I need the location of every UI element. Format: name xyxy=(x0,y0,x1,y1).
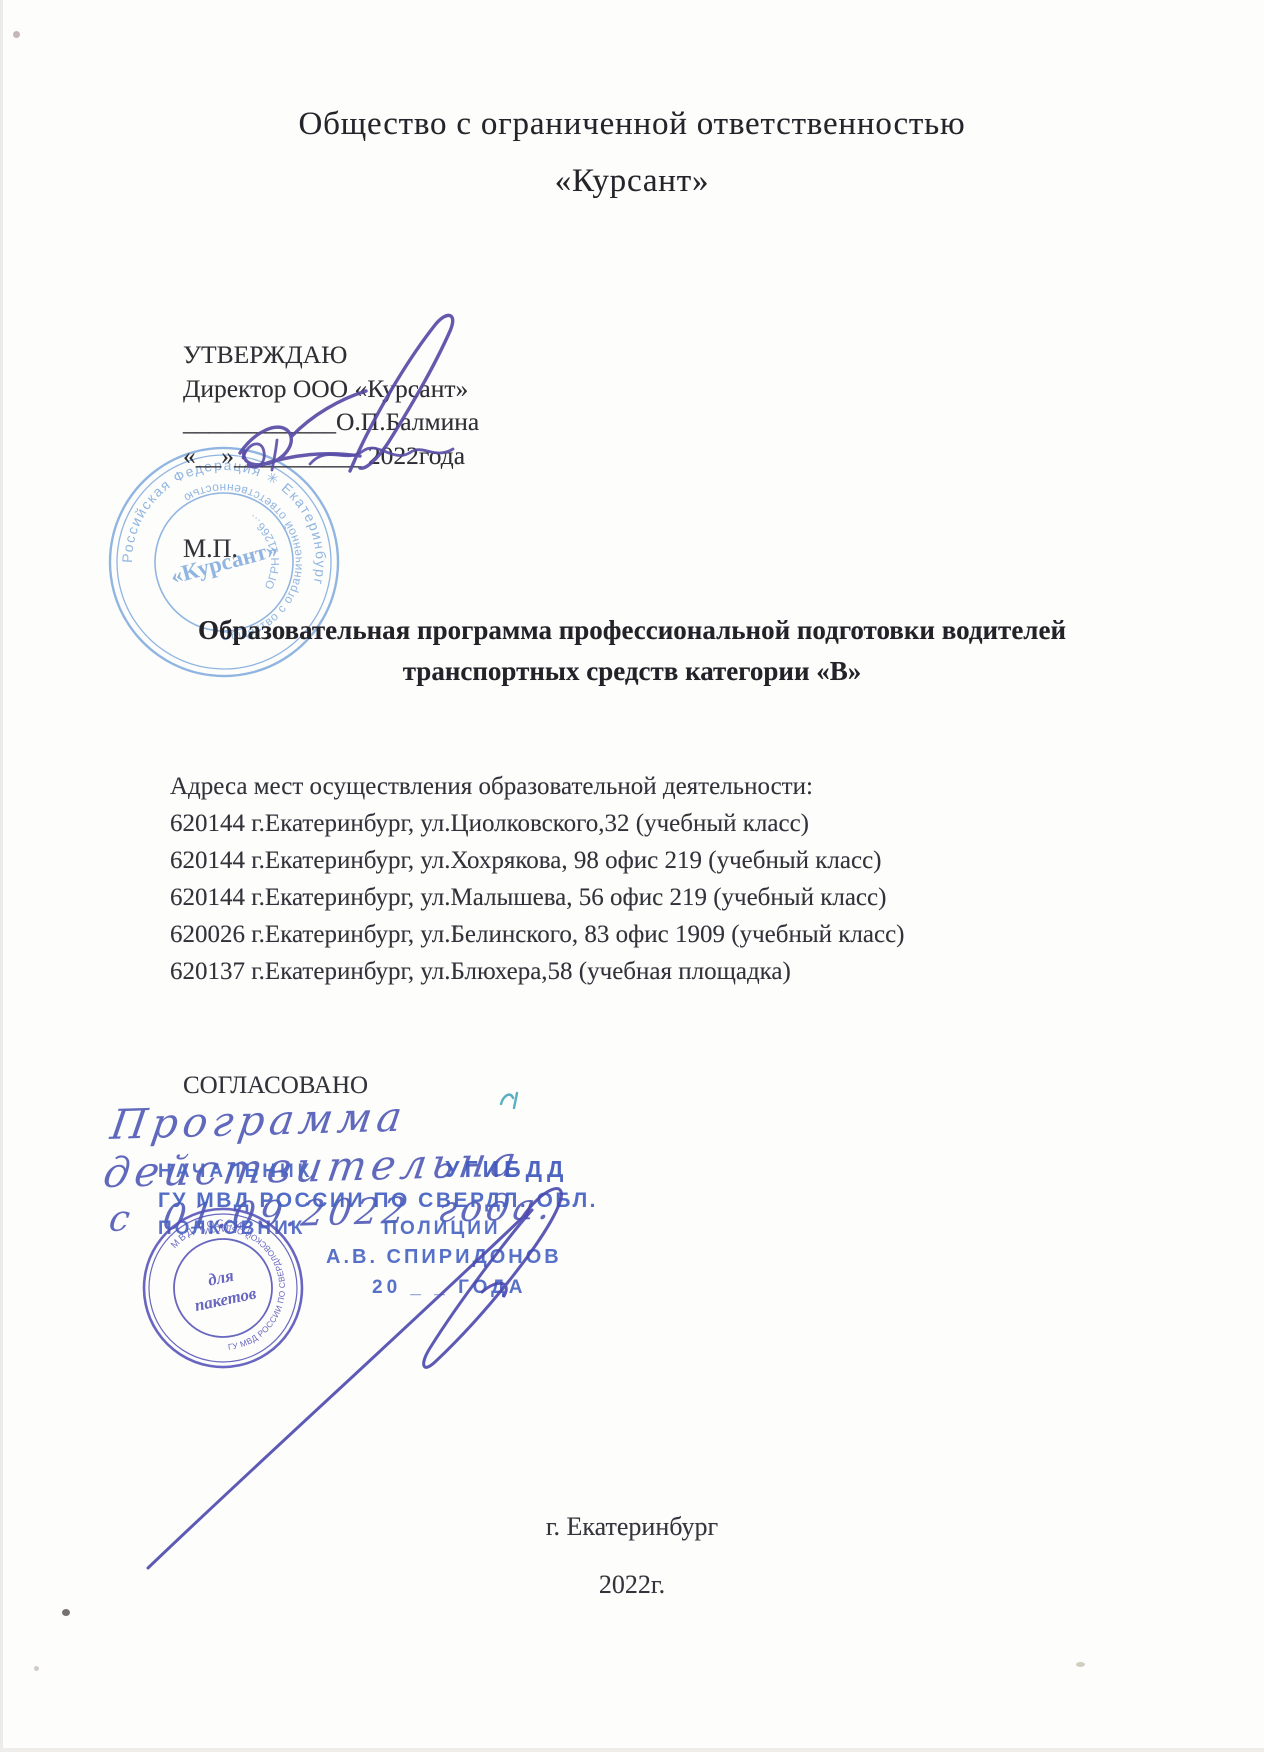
pen-mark xyxy=(498,1090,524,1112)
organization-title-line2: «Курсант» xyxy=(0,153,1264,210)
address-line: 620144 г.Екатеринбург, ул.Циолковского,3… xyxy=(170,805,905,842)
scan-edge-left xyxy=(0,0,3,1752)
mp-label: М.П. xyxy=(183,534,238,564)
address-line: 620026 г.Екатеринбург, ул.Белинского, 83… xyxy=(170,916,905,953)
address-line: 620144 г.Екатеринбург, ул.Малышева, 56 о… xyxy=(170,879,905,916)
scanned-document-page: Общество с ограниченной ответственностью… xyxy=(0,0,1264,1752)
organization-title-line1: Общество с ограниченной ответственностью xyxy=(0,96,1264,153)
scan-speck xyxy=(13,31,20,38)
address-line: 620144 г.Екатеринбург, ул.Хохрякова, 98 … xyxy=(170,842,905,879)
scan-speck xyxy=(34,1666,39,1671)
date-scribble xyxy=(215,418,555,488)
addresses-header: Адреса мест осуществления образовательно… xyxy=(170,768,905,805)
program-title: Образовательная программа профессиональн… xyxy=(142,610,1122,692)
footer-year: 2022г. xyxy=(0,1570,1264,1600)
scan-speck xyxy=(62,1609,70,1616)
organization-title: Общество с ограниченной ответственностью… xyxy=(0,96,1264,210)
address-line: 620137 г.Екатеринбург, ул.Блюхера,58 (уч… xyxy=(170,953,905,990)
scan-speck xyxy=(1076,1662,1085,1667)
footer-city: г. Екатеринбург xyxy=(0,1512,1264,1542)
scan-edge-bottom xyxy=(0,1748,1264,1752)
addresses-block: Адреса мест осуществления образовательно… xyxy=(170,768,905,990)
